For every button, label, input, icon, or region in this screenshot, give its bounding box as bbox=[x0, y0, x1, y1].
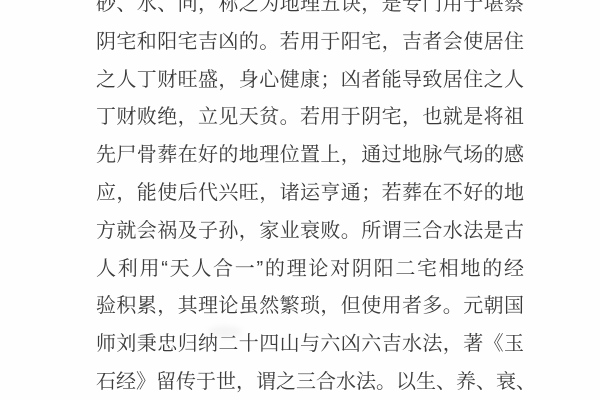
text-line: 丁财败绝，立见天贫。若用于阴宅，也就是将祖 bbox=[96, 99, 524, 137]
text-line: 方就会祸及子孙，家业衰败。所谓三合水法是古 bbox=[96, 213, 524, 251]
article-page: 砂、水、向，称之为地理五诀，是专门用于堪察 阴宅和阳宅吉凶的。若用于阳宅，吉者会… bbox=[0, 0, 600, 400]
text-line: 砂、水、向，称之为地理五诀，是专门用于堪察 bbox=[96, 0, 524, 24]
article-text-block: 砂、水、向，称之为地理五诀，是专门用于堪察 阴宅和阳宅吉凶的。若用于阳宅，吉者会… bbox=[96, 0, 524, 400]
text-line: 先尸骨葬在好的地理位置上，通过地脉气场的感 bbox=[96, 137, 524, 175]
text-line: 之人丁财旺盛，身心健康；凶者能导致居住之人 bbox=[96, 62, 524, 100]
text-line: 阴宅和阳宅吉凶的。若用于阳宅，吉者会使居住 bbox=[96, 24, 524, 62]
text-line: 验积累，其理论虽然繁琐，但使用者多。元朝国 bbox=[96, 288, 524, 326]
text-line: 石经》留传于世，谓之三合水法。以生、养、衰、 bbox=[96, 364, 524, 400]
text-line: 师刘秉忠归纳二十四山与六凶六吉水法，著《玉 bbox=[96, 326, 524, 364]
text-line: 应，能使后代兴旺，诸运亨通；若葬在不好的地 bbox=[96, 175, 524, 213]
text-line: 人利用“天人合一”的理论对阴阳二宅相地的经 bbox=[96, 251, 524, 289]
